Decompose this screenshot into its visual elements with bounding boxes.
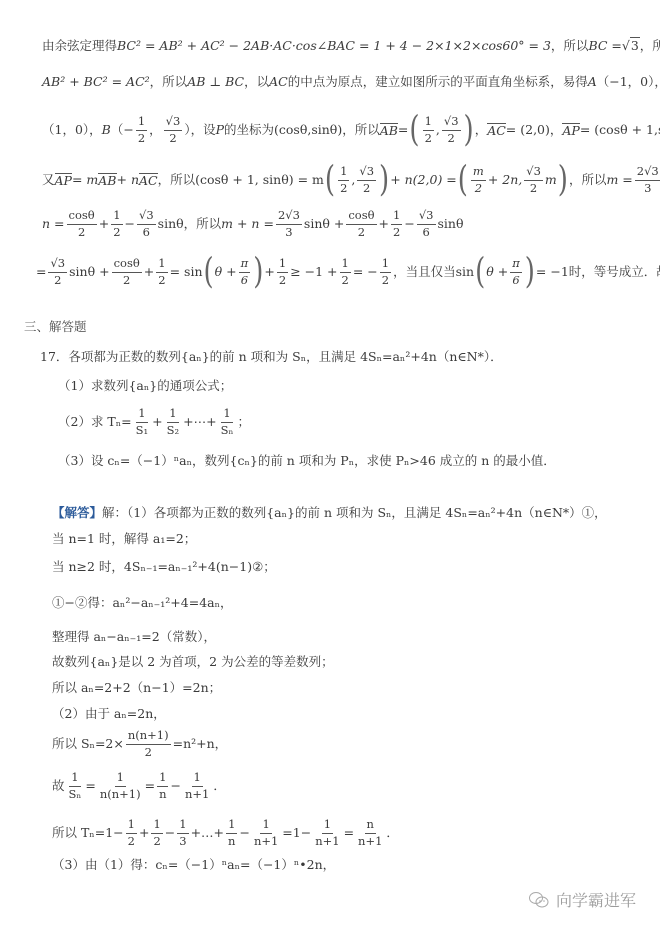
fraction: 2√33: [276, 210, 302, 238]
text: −: [239, 827, 249, 840]
fraction: √36: [417, 210, 436, 238]
text: −: [165, 827, 175, 840]
denominator: 2: [111, 225, 122, 239]
solution-text: 当 n=1 时，解得 a₁=2；: [52, 533, 196, 546]
numerator: 1: [151, 819, 162, 834]
denominator: 2: [380, 273, 391, 287]
solution-line-5: 整理得 aₙ−aₙ₋₁=2（常数），: [52, 631, 216, 644]
solution-text: 所以 aₙ=2+2（n−1）=2n；: [52, 682, 221, 695]
text: +: [139, 827, 149, 840]
denominator: 2: [528, 181, 539, 195]
numerator: 1: [260, 819, 271, 834]
denominator: 2: [473, 181, 484, 195]
numerator: √3: [524, 166, 543, 181]
prev-solution-line-1: 由余弦定理得 BC² = AB² + AC² − 2AB·AC·cos∠BAC …: [42, 40, 660, 53]
denominator: 2: [52, 273, 63, 287]
text: ），设: [184, 124, 215, 137]
problem-text: 17．各项都为正数的数列{aₙ}的前 n 项和为 Sₙ，且满足 4Sₙ=aₙ²+…: [40, 351, 503, 364]
right-paren: ): [464, 112, 474, 147]
radicand: 3: [630, 37, 640, 53]
denominator: 2: [338, 181, 349, 195]
fraction: 1S₁: [134, 408, 151, 436]
numerator: 1: [156, 258, 167, 273]
text: n =: [42, 218, 65, 231]
denominator: 2: [143, 745, 154, 759]
solution-line-10: 故 1Sₙ = 1n(n+1) = 1n − 1n+1 ．: [52, 766, 226, 806]
text: ，所以(cosθ + 1, sinθ) = m: [158, 174, 324, 187]
numerator: 1: [322, 819, 333, 834]
denominator: n+1: [252, 834, 280, 848]
prev-solution-line-6: = √32 sinθ + cosθ2 + 12 = sin ( θ + π6 )…: [36, 252, 660, 292]
solution-text: 解：（1）各项都为正数的数列{aₙ}的前 n 项和为 Sₙ，且满足 4Sₙ=aₙ…: [102, 507, 607, 520]
fraction: 1S₂: [165, 408, 182, 436]
text: ≥ −1 +: [290, 266, 337, 279]
text: 由余弦定理得: [42, 40, 117, 53]
text: θ +: [215, 266, 237, 279]
fraction: 1n: [157, 772, 168, 800]
text: B: [102, 124, 111, 137]
numerator: 1: [167, 408, 178, 423]
denominator: 2: [277, 273, 288, 287]
numerator: 1: [423, 116, 434, 131]
fraction: n(n+1)2: [126, 730, 171, 758]
denominator: n: [226, 834, 237, 848]
fraction: 12: [111, 210, 122, 238]
text: ，: [475, 124, 488, 137]
text: ，: [149, 124, 162, 137]
text: BC =: [588, 40, 621, 53]
text: =: [398, 124, 408, 137]
solution-text: 故数列{aₙ}是以 2 为首项，2 为公差的等差数列；: [52, 656, 334, 669]
denominator: 2: [151, 834, 162, 848]
denominator: 2: [156, 273, 167, 287]
denominator: 3: [283, 225, 294, 239]
numerator: 1: [391, 210, 402, 225]
denominator: 3: [642, 181, 653, 195]
answer-tag: 【解答】: [52, 507, 102, 520]
text: ，以: [244, 76, 269, 89]
right-paren: ): [525, 254, 535, 289]
text: = (cosθ + 1,sinθ)，: [580, 124, 660, 137]
fraction: 12: [136, 116, 147, 144]
text: = m: [72, 174, 98, 187]
denominator: n: [157, 787, 168, 801]
text: +: [264, 266, 274, 279]
sqrt: √3: [622, 40, 640, 53]
numerator: n(n+1): [126, 730, 171, 745]
fraction: 12: [126, 819, 137, 847]
left-paren: (: [204, 254, 214, 289]
numerator: √3: [442, 116, 461, 131]
denominator: 6: [239, 273, 250, 287]
fraction: π6: [239, 258, 251, 286]
denominator: 2: [121, 273, 132, 287]
solution-line-7: 所以 aₙ=2+2（n−1）=2n；: [52, 682, 221, 695]
text: θ +: [486, 266, 508, 279]
fraction: √32: [442, 116, 461, 144]
solution-line-11: 所以 Tₙ=1− 12 + 12 − 13 +…+ 1n − 1n+1 =1− …: [52, 813, 399, 853]
text: （−1，0），: [597, 76, 660, 89]
denominator: 2: [446, 131, 457, 145]
text: = (2,0)，: [506, 124, 563, 137]
numerator: 1: [69, 772, 80, 787]
solution-line-2: 当 n=1 时，解得 a₁=2；: [52, 533, 196, 546]
vector-ap: AP: [55, 173, 72, 188]
solution-text: 整理得 aₙ−aₙ₋₁=2（常数），: [52, 631, 216, 644]
fraction: m2: [471, 166, 486, 194]
text: =1−: [282, 827, 311, 840]
text: + n(2,0) =: [390, 174, 457, 187]
denominator: n(n+1): [98, 787, 143, 801]
numerator: √3: [137, 210, 156, 225]
comma: ,: [351, 174, 355, 187]
numerator: m: [471, 166, 486, 181]
solution-line-6: 故数列{aₙ}是以 2 为首项，2 为公差的等差数列；: [52, 656, 334, 669]
denominator: 3: [177, 834, 188, 848]
numerator: 2√3: [276, 210, 302, 225]
watermark: 向学霸进军: [528, 888, 636, 911]
text: +: [99, 218, 109, 231]
fraction: cosθ2: [346, 210, 376, 238]
vector-ac: AC: [487, 123, 506, 138]
right-paren: ): [558, 162, 568, 197]
solution-line-12: （3）由（1）得：cₙ=（−1）ⁿaₙ=（−1）ⁿ•2n，: [52, 859, 335, 872]
fraction: 1n+1: [183, 772, 211, 800]
text: =: [85, 780, 95, 793]
numerator: 1: [136, 408, 147, 423]
denominator: 2: [126, 834, 137, 848]
numerator: 1: [380, 258, 391, 273]
fraction: π6: [510, 258, 522, 286]
solution-line-9: 所以 Sₙ=2× n(n+1)2 =n²+n，: [52, 724, 227, 764]
text: sinθ +: [304, 218, 344, 231]
numerator: 1: [338, 166, 349, 181]
vector-ac: AC: [139, 173, 158, 188]
numerator: 1: [111, 210, 122, 225]
fraction: 1n+1: [252, 819, 280, 847]
problem-17-q3: （3）设 cₙ=（−1）ⁿaₙ，数列{cₙ}的前 n 项和为 Pₙ，求使 Pₙ>…: [58, 455, 556, 468]
numerator: 1: [340, 258, 351, 273]
prev-solution-line-3: （1，0）， B （− 12 ， √32 ），设 P 的坐标为(cosθ,sin…: [42, 112, 660, 148]
solution-line-3: 当 n≥2 时，4Sₙ₋₁=aₙ₋₁²+4(n−1)②；: [52, 561, 276, 574]
denominator: 2: [361, 181, 372, 195]
numerator: π: [239, 258, 251, 273]
numerator: n: [365, 819, 376, 834]
text: +…+: [191, 827, 224, 840]
denominator: Sₙ: [67, 787, 84, 801]
denominator: 2: [136, 131, 147, 145]
denominator: S₁: [134, 423, 151, 437]
text: ，所以: [569, 174, 607, 187]
denominator: 2: [167, 131, 178, 145]
section-heading: 三、解答题: [24, 321, 87, 334]
text: m =: [606, 174, 632, 187]
fraction: 12: [380, 258, 391, 286]
text: =: [344, 827, 354, 840]
text: + 2n,: [488, 174, 522, 187]
denominator: 6: [141, 225, 152, 239]
problem-17-q1: （1）求数列{aₙ}的通项公式；: [58, 380, 232, 393]
solution-text: 所以 Tₙ=1−: [52, 827, 124, 840]
fraction: 12: [338, 166, 349, 194]
numerator: cosθ: [346, 210, 376, 225]
text: = −1时，等号成立．故答案为：−: [536, 266, 660, 279]
fraction: cosθ2: [112, 258, 142, 286]
fraction: 12: [156, 258, 167, 286]
text: P: [216, 124, 224, 137]
text: = −: [353, 266, 378, 279]
text: AB ⊥ BC: [187, 76, 244, 89]
comma: ,: [436, 124, 440, 137]
numerator: √3: [48, 258, 67, 273]
text: sinθ +: [69, 266, 109, 279]
watermark-text: 向学霸进军: [556, 888, 636, 911]
fraction: √32: [524, 166, 543, 194]
numerator: 1: [157, 772, 168, 787]
fraction: 12: [391, 210, 402, 238]
fraction: √32: [357, 166, 376, 194]
radicand: 3: [451, 114, 458, 128]
denominator: 2: [391, 225, 402, 239]
denominator: 2: [340, 273, 351, 287]
text: +⋯+: [183, 416, 216, 429]
numerator: √3: [164, 116, 183, 131]
text: ，所以: [150, 76, 188, 89]
solution-text: （2）由于 aₙ=2n，: [52, 708, 166, 721]
solution-text: ①−②得：aₙ²−aₙ₋₁²+4=4aₙ，: [52, 597, 233, 610]
fraction: 1n: [226, 819, 237, 847]
fraction: 12: [340, 258, 351, 286]
text: +: [379, 218, 389, 231]
text: 又: [42, 174, 55, 187]
fraction: 12: [277, 258, 288, 286]
fraction: √36: [137, 210, 156, 238]
solution-text: 当 n≥2 时，4Sₙ₋₁=aₙ₋₁²+4(n−1)②；: [52, 561, 276, 574]
vector-ab: AB: [98, 173, 116, 188]
text: =: [36, 266, 46, 279]
fraction: 12: [151, 819, 162, 847]
denominator: 6: [421, 225, 432, 239]
numerator: 1: [277, 258, 288, 273]
solution-text: （3）由（1）得：cₙ=（−1）ⁿaₙ=（−1）ⁿ•2n，: [52, 859, 335, 872]
numerator: 2√3: [635, 166, 660, 181]
denominator: n+1: [183, 787, 211, 801]
solution-line-1: 【解答】 解：（1）各项都为正数的数列{aₙ}的前 n 项和为 Sₙ，且满足 4…: [52, 507, 607, 520]
problem-17-q2: （2）求 Tₙ= 1S₁ + 1S₂ +⋯+ 1Sₙ ；: [58, 400, 250, 444]
question-text: （2）求 Tₙ=: [58, 416, 132, 429]
denominator: n+1: [313, 834, 341, 848]
left-paren: (: [458, 162, 468, 197]
fraction: 1Sₙ: [67, 772, 84, 800]
right-paren: ): [379, 162, 389, 197]
text: m + n =: [221, 218, 274, 231]
text: ，所以: [640, 40, 660, 53]
numerator: 1: [126, 819, 137, 834]
question-text: （1）求数列{aₙ}的通项公式；: [58, 380, 232, 393]
text: ．: [213, 780, 226, 793]
document-page: 由余弦定理得 BC² = AB² + AC² − 2AB·AC·cos∠BAC …: [0, 0, 660, 933]
numerator: 1: [226, 819, 237, 834]
solution-text: =n²+n，: [173, 738, 228, 751]
radicand: 3: [534, 164, 541, 178]
fraction: 1n+1: [313, 819, 341, 847]
wechat-icon: [528, 891, 550, 909]
fraction: 1n(n+1): [98, 772, 143, 800]
numerator: π: [510, 258, 522, 273]
fraction: nn+1: [356, 819, 384, 847]
solution-text: 所以 Sₙ=2×: [52, 738, 124, 751]
text: A: [588, 76, 597, 89]
fraction: 13: [177, 819, 188, 847]
vector-ap: AP: [562, 123, 579, 138]
text: +: [144, 266, 154, 279]
numerator: 1: [192, 772, 203, 787]
text: （−: [111, 124, 134, 137]
denominator: n+1: [356, 834, 384, 848]
denominator: 2: [423, 131, 434, 145]
vector-ab: AB: [380, 123, 398, 138]
text: ．: [386, 827, 399, 840]
denominator: 2: [356, 225, 367, 239]
prev-solution-line-5: n = cosθ2 + 12 − √36 sinθ，所以 m + n = 2√3…: [42, 206, 464, 242]
fraction: 2√33: [635, 166, 660, 194]
pythagoras-equation: AB² + BC² = AC²: [42, 76, 150, 89]
text: −: [171, 780, 181, 793]
text: 的中点为原点，建立如图所示的平面直角坐标系，易得: [288, 76, 588, 89]
radicand: 3: [367, 164, 374, 178]
section-title: 三、解答题: [24, 321, 87, 334]
cosine-law-equation: BC² = AB² + AC² − 2AB·AC·cos∠BAC = 1 + 4…: [117, 40, 551, 53]
denominator: 6: [510, 273, 521, 287]
text: ，所以: [551, 40, 589, 53]
text: + n: [117, 174, 140, 187]
fraction: 1Sₙ: [219, 408, 236, 436]
prev-solution-line-2: AB² + BC² = AC² ，所以 AB ⊥ BC ，以 AC 的中点为原点…: [42, 76, 660, 89]
text: = sin: [170, 266, 203, 279]
fraction: cosθ2: [67, 210, 97, 238]
left-paren: (: [409, 112, 419, 147]
numerator: √3: [417, 210, 436, 225]
numerator: cosθ: [67, 210, 97, 225]
numerator: √3: [357, 166, 376, 181]
text: sinθ: [438, 218, 464, 231]
text: 的坐标为(cosθ,sinθ)，所以: [224, 124, 380, 137]
numerator: 1: [221, 408, 232, 423]
fraction: 12: [423, 116, 434, 144]
radicand: 3: [173, 114, 180, 128]
numerator: 1: [177, 819, 188, 834]
problem-17-stem: 17．各项都为正数的数列{aₙ}的前 n 项和为 Sₙ，且满足 4Sₙ=aₙ²+…: [40, 351, 503, 364]
question-text: （3）设 cₙ=（−1）ⁿaₙ，数列{cₙ}的前 n 项和为 Pₙ，求使 Pₙ>…: [58, 455, 556, 468]
solution-text: 故: [52, 780, 65, 793]
text: sinθ，所以: [158, 218, 222, 231]
denominator: S₂: [165, 423, 182, 437]
denominator: 2: [76, 225, 87, 239]
left-paren: (: [475, 254, 485, 289]
text: +: [152, 416, 162, 429]
text: （1，0），: [42, 124, 102, 137]
numerator: 1: [136, 116, 147, 131]
text: AC: [269, 76, 288, 89]
text: −: [125, 218, 135, 231]
solution-line-4: ①−②得：aₙ²−aₙ₋₁²+4=4aₙ，: [52, 597, 233, 610]
text: =: [145, 780, 155, 793]
solution-line-8: （2）由于 aₙ=2n，: [52, 708, 166, 721]
numerator: 1: [115, 772, 126, 787]
numerator: cosθ: [112, 258, 142, 273]
left-paren: (: [325, 162, 335, 197]
prev-solution-line-4: 又 AP = m AB + n AC ，所以(cosθ + 1, sinθ) =…: [42, 160, 660, 200]
text: −: [404, 218, 414, 231]
denominator: Sₙ: [219, 423, 236, 437]
fraction: √32: [48, 258, 67, 286]
text: m: [545, 174, 557, 187]
text: ，当且仅当sin: [393, 266, 474, 279]
fraction: √32: [164, 116, 183, 144]
right-paren: ): [253, 254, 263, 289]
text: ；: [237, 416, 250, 429]
